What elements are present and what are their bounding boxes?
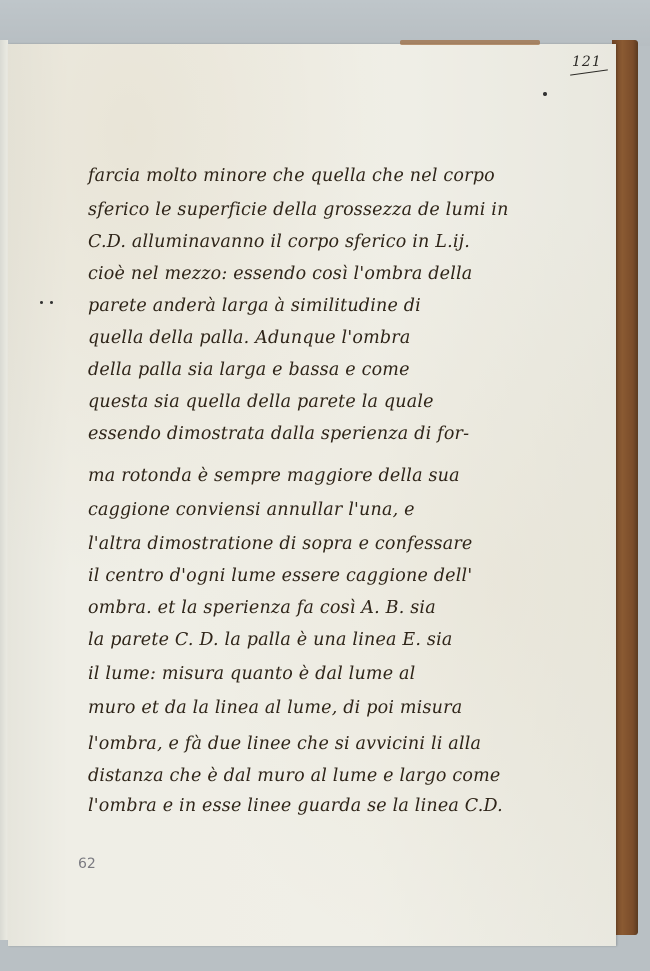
- text-line: farcia molto minore che quella che nel c…: [88, 166, 495, 186]
- text-line: cioè nel mezzo: essendo così l'ombra del…: [88, 264, 472, 284]
- text-line: della palla sia larga e bassa e come: [88, 360, 410, 380]
- text-line: parete anderà larga à similitudine di: [88, 296, 421, 316]
- text-line: la parete C. D. la palla è una linea E. …: [88, 630, 453, 650]
- text-line: l'altra dimostratione di sopra e confess…: [88, 534, 472, 554]
- ink-spot: [40, 301, 43, 304]
- text-line: sferico le superficie della grossezza de…: [88, 200, 509, 220]
- text-line: ma rotonda è sempre maggiore della sua: [88, 466, 460, 486]
- text-line: essendo dimostrata dalla sperienza di fo…: [88, 424, 469, 444]
- page-top-stain: [400, 40, 540, 45]
- text-line: quella della palla. Adunque l'ombra: [88, 328, 410, 348]
- text-line: distanza che è dal muro al lume e largo …: [88, 766, 500, 786]
- text-line: C.D. alluminavanno il corpo sferico in L…: [88, 232, 470, 252]
- text-line: caggione conviensi annullar l'una, e: [88, 500, 415, 520]
- pencil-page-number: 62: [78, 856, 96, 872]
- text-line: ombra. et la sperienza fa così A. B. sia: [88, 598, 436, 618]
- text-line: l'ombra, e fà due linee che si avvicini …: [88, 734, 481, 754]
- text-line: muro et da la linea al lume, di poi misu…: [88, 698, 462, 718]
- folio-number: 121: [572, 54, 602, 70]
- background: [0, 0, 650, 46]
- text-line: il centro d'ogni lume essere caggione de…: [88, 566, 472, 586]
- ink-spot: [50, 301, 53, 304]
- page-binding-edge: [0, 40, 8, 940]
- text-line: l'ombra e in esse linee guarda se la lin…: [88, 796, 503, 816]
- ink-spot: [543, 92, 547, 96]
- text-line: questa sia quella della parete la quale: [88, 392, 434, 412]
- text-line: il lume: misura quanto è dal lume al: [88, 664, 415, 684]
